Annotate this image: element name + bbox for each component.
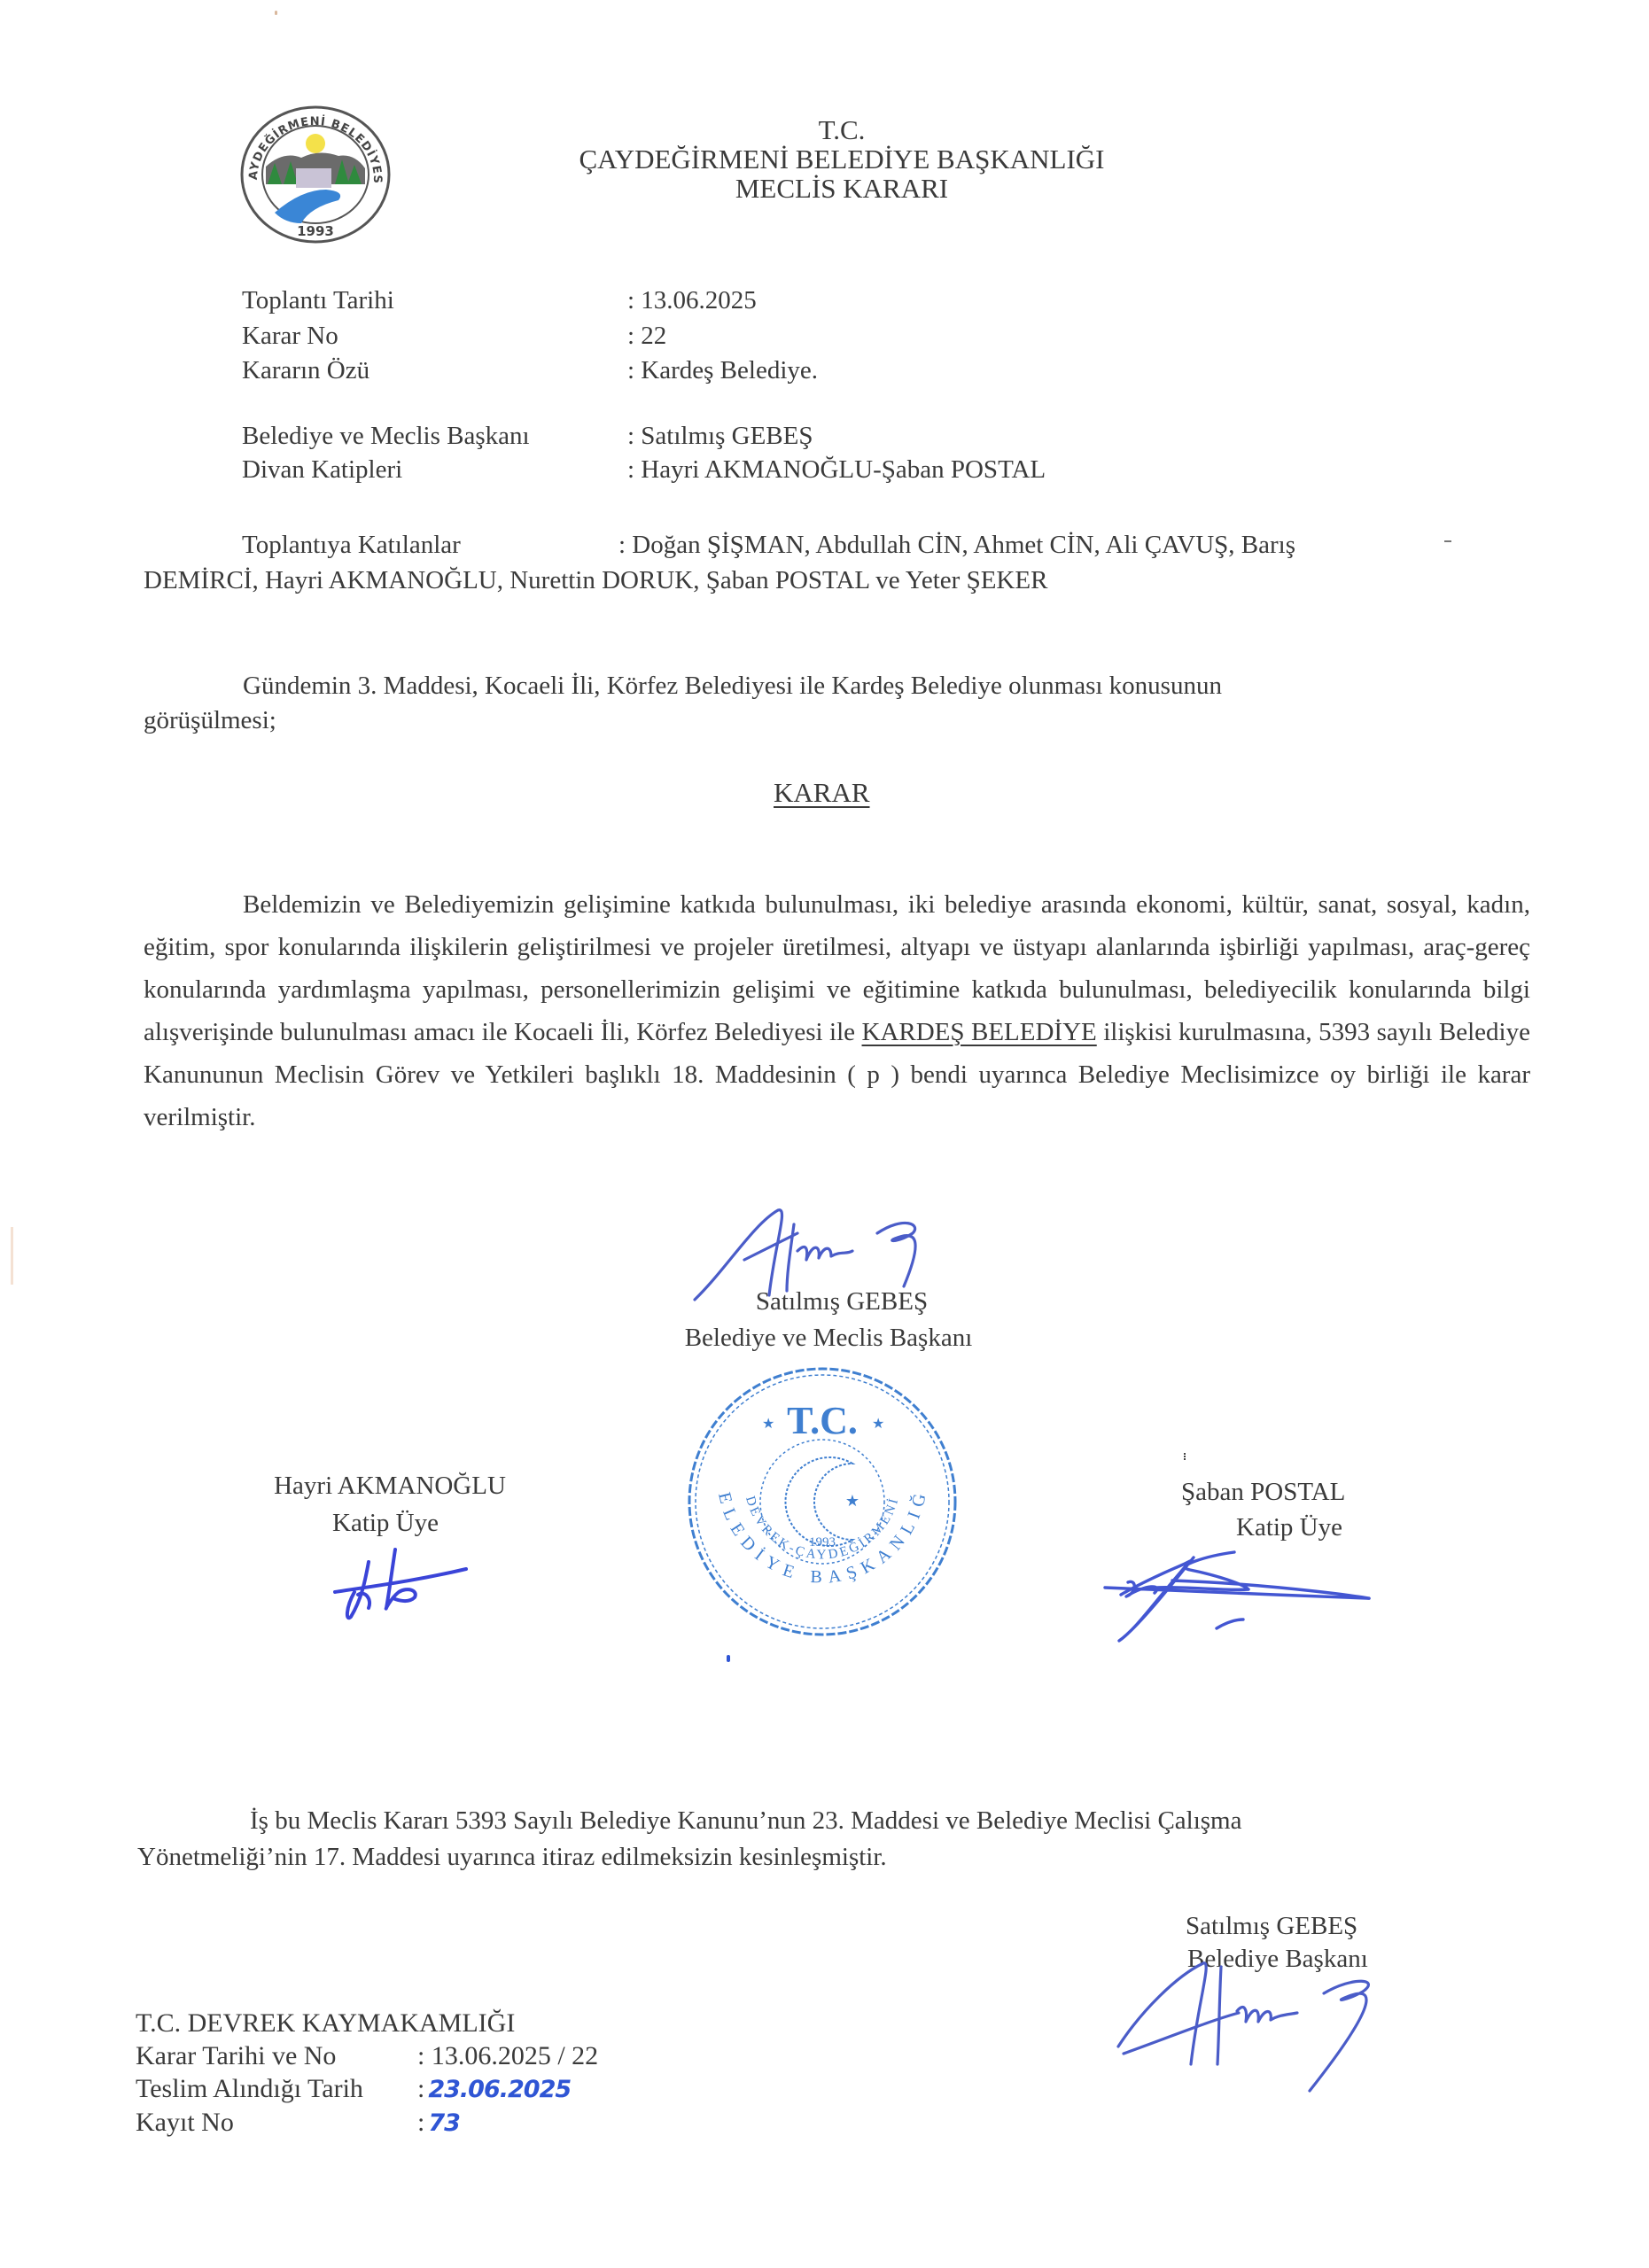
meta-label: Toplantıya Katılanlar xyxy=(242,530,618,560)
mayor-title: Belediye Başkanı xyxy=(1187,1944,1368,1974)
svg-text:1993: 1993 xyxy=(297,223,334,239)
meta-label: Divan Katipleri xyxy=(242,454,627,485)
meta-value: : Kardeş Belediye. xyxy=(627,356,818,384)
agenda-line: görüşülmesi; xyxy=(144,705,276,735)
document-header: T.C. ÇAYDEĞİRMENİ BELEDİYE BAŞKANLIĞI ME… xyxy=(496,115,1187,203)
clerk-left-signature xyxy=(333,1546,471,1626)
scan-artifact xyxy=(1444,540,1451,542)
scan-artifact xyxy=(11,1227,13,1285)
scan-artifact xyxy=(1184,1453,1189,1460)
kaymakamlik-label: Teslim Alındığı Tarih xyxy=(136,2073,417,2105)
meta-toplanti-tarihi: Toplantı Tarihi: 13.06.2025 xyxy=(242,285,757,315)
official-stamp-icon: T.C. ★ ★ BELEDİYE BAŞKANLIĞI DEVREK-ÇAYD… xyxy=(684,1364,961,1639)
finality-line: İş bu Meclis Kararı 5393 Sayılı Belediye… xyxy=(250,1806,1242,1836)
meta-value: : Doğan ŞİŞMAN, Abdullah CİN, Ahmet CİN,… xyxy=(618,531,1295,559)
kaymakamlik-value: : xyxy=(417,2074,424,2103)
header-institution: ÇAYDEĞİRMENİ BELEDİYE BAŞKANLIĞI xyxy=(496,144,1187,174)
handwritten-record-no: 73 xyxy=(428,2109,460,2137)
clerk-left-name: Hayri AKMANOĞLU xyxy=(230,1471,549,1501)
meta-karar-no: Karar No: 22 xyxy=(242,321,666,351)
svg-text:★: ★ xyxy=(762,1415,774,1432)
clerk-right-name: Şaban POSTAL xyxy=(1181,1477,1345,1507)
president-title: Belediye ve Meclis Başkanı xyxy=(620,1323,1037,1353)
kaymakamlik-value: : xyxy=(417,2108,424,2137)
municipality-seal-icon: ÇAYDEĞİRMENİ BELEDİYESİ 1993 xyxy=(239,105,392,245)
decision-paragraph: Beldemizin ve Belediyemizin gelişimine k… xyxy=(144,883,1530,1138)
handwritten-date: 23.06.2025 xyxy=(428,2076,571,2103)
clerk-right-title: Katip Üye xyxy=(1205,1512,1373,1542)
agenda-line: Gündemin 3. Maddesi, Kocaeli İli, Körfez… xyxy=(243,671,1222,701)
kaymakamlik-row: Teslim Alındığı Tarih:23.06.2025 xyxy=(136,2073,571,2106)
meta-value: : Satılmış GEBEŞ xyxy=(627,422,813,450)
mayor-name: Satılmış GEBEŞ xyxy=(1186,1911,1357,1941)
meta-label: Kararın Özü xyxy=(242,355,627,385)
kaymakamlik-label: Kayıt No xyxy=(136,2107,417,2139)
kaymakamlik-row: Karar Tarihi ve No: 13.06.2025 / 22 xyxy=(136,2040,598,2072)
decision-heading: KARAR xyxy=(774,778,870,808)
kaymakamlik-row: Kayıt No:73 xyxy=(136,2107,460,2140)
mayor-signature xyxy=(1115,1958,1420,2100)
finality-line: Yönetmeliği’nin 17. Maddesi uyarınca iti… xyxy=(137,1842,887,1872)
meta-value: : 13.06.2025 xyxy=(627,286,757,315)
svg-text:★: ★ xyxy=(845,1492,860,1511)
meta-label: Belediye ve Meclis Başkanı xyxy=(242,421,627,451)
kaymakamlik-label: Karar Tarihi ve No xyxy=(136,2040,417,2072)
svg-text:★: ★ xyxy=(872,1415,884,1432)
president-name: Satılmış GEBEŞ xyxy=(620,1286,1063,1317)
meta-value: : 22 xyxy=(627,322,666,350)
svg-text:1993: 1993 xyxy=(809,1535,836,1550)
meta-label: Toplantı Tarihi xyxy=(242,285,627,315)
meta-value: : Hayri AKMANOĞLU-Şaban POSTAL xyxy=(627,455,1046,484)
meta-kararin-ozu: Kararın Özü: Kardeş Belediye. xyxy=(242,355,818,385)
scan-artifact xyxy=(727,1655,730,1662)
meta-divan-katipleri: Divan Katipleri: Hayri AKMANOĞLU-Şaban P… xyxy=(242,454,1046,485)
clerk-right-signature xyxy=(1101,1549,1376,1646)
meta-baskan: Belediye ve Meclis Başkanı: Satılmış GEB… xyxy=(242,421,813,451)
kaymakamlik-title: T.C. DEVREK KAYMAKAMLIĞI xyxy=(136,2008,515,2039)
decision-emphasis: KARDEŞ BELEDİYE xyxy=(862,1018,1097,1046)
clerk-left-title: Katip Üye xyxy=(230,1508,541,1538)
header-doc-type: MECLİS KARARI xyxy=(496,174,1187,203)
meta-katilanlar: Toplantıya Katılanlar: Doğan ŞİŞMAN, Abd… xyxy=(242,530,1295,560)
header-tc: T.C. xyxy=(496,115,1187,144)
svg-text:T.C.: T.C. xyxy=(787,1399,858,1442)
meta-label: Karar No xyxy=(242,321,627,351)
meta-katilanlar-cont: DEMİRCİ, Hayri AKMANOĞLU, Nurettin DORUK… xyxy=(144,565,1047,595)
kaymakamlik-value: : 13.06.2025 / 22 xyxy=(417,2041,598,2070)
scan-artifact xyxy=(275,11,277,15)
